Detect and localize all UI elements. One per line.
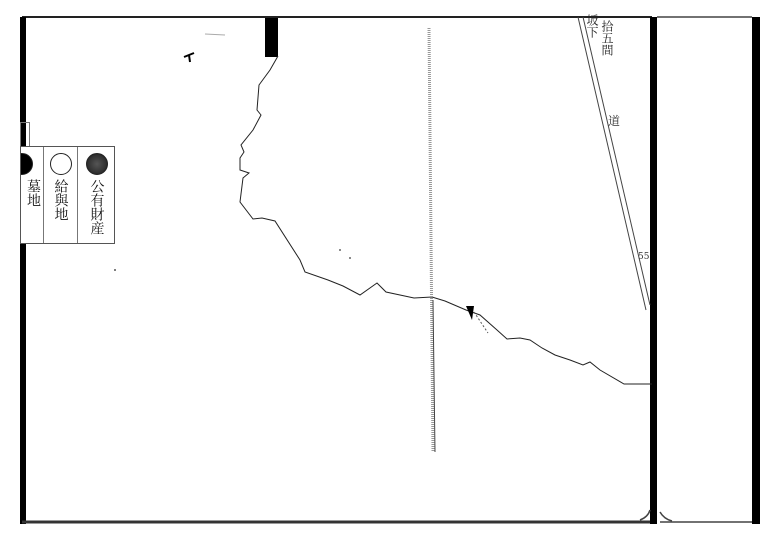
tick-mark — [184, 53, 194, 62]
map-sheet: 墓地 給與地 公有財産 坂下 拾五間 道 55 — [0, 0, 768, 541]
wedge-marker — [466, 306, 474, 320]
road-label: 道 — [608, 112, 620, 129]
boundary-line — [240, 56, 652, 384]
legend-label: 給與地 — [53, 179, 69, 221]
frame-right-outer — [752, 17, 760, 524]
vertical-road-line — [429, 28, 433, 452]
legend-item-granted-land: 給與地 — [44, 147, 78, 243]
road-prefix-label: 坂下 — [585, 14, 599, 38]
legend-tab — [20, 122, 30, 146]
legend-label: 墓地 — [25, 179, 41, 207]
hatched-circle-icon — [86, 153, 108, 175]
frame-left — [20, 17, 26, 524]
diagonal-road-left — [578, 17, 646, 310]
filled-circle-icon — [21, 153, 33, 175]
open-circle-icon — [50, 153, 72, 175]
boundary-marker — [265, 18, 278, 57]
road-width-label: 拾五間 — [600, 20, 614, 56]
frame-right-inner — [650, 17, 657, 524]
legend-item-cemetery: 墓地 — [21, 147, 44, 243]
legend-item-public-property: 公有財産 — [78, 147, 115, 243]
map-drawing — [0, 0, 768, 541]
legend-label: 公有財産 — [89, 179, 105, 235]
legend: 墓地 給與地 公有財産 — [20, 146, 115, 244]
edge-number: 55 — [638, 252, 649, 262]
